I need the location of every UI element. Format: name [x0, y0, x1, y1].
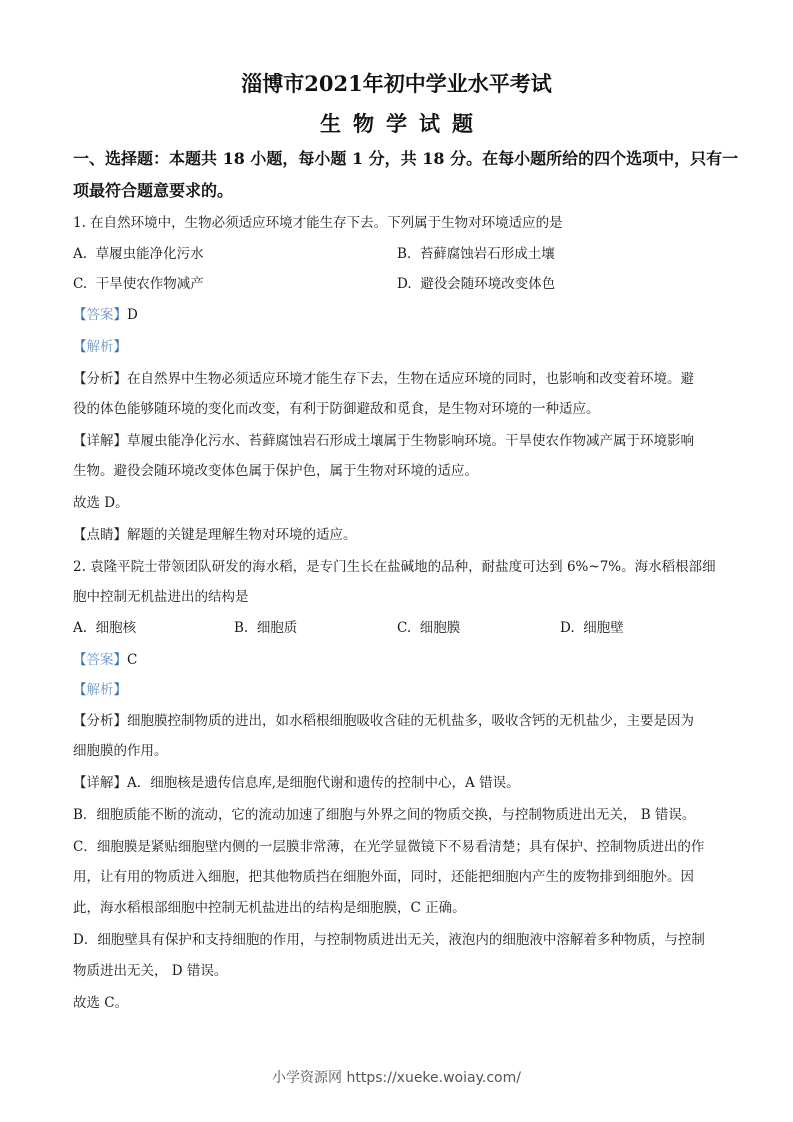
option-key: C. — [73, 276, 87, 292]
xiangjie-label: 【详解】 — [73, 433, 127, 449]
option-text: 细胞壁 — [583, 620, 624, 636]
analysis-label: 解析 — [87, 339, 114, 355]
fenxi-label: 【分析】 — [73, 713, 127, 729]
question-2-conclusion: 故选 C。 — [73, 993, 723, 1013]
question-1-option-d: D. 避役会随环境改变体色 — [397, 274, 555, 294]
question-2-stem-line-1: 2. 袁隆平院士带领团队研发的海水稻，是专门生长在盐碱地的品种，耐盐度可达到 6… — [73, 557, 723, 577]
question-2-fenxi-line-2: 细胞膜的作用。 — [73, 741, 723, 761]
analysis-label: 解析 — [87, 682, 114, 698]
question-2-xiangjie-line-6: D．细胞壁具有保护和支持细胞的作用，与控制物质进出无关，液泡内的细胞液中溶解着多… — [73, 930, 723, 950]
question-2-xiangjie-line-5: 此，海水稻根部细胞中控制无机盐进出的结构是细胞膜，C 正确。 — [73, 898, 723, 918]
option-text: 细胞膜 — [420, 620, 461, 636]
answer-label: 答案 — [87, 307, 114, 323]
question-1-dianjing: 【点睛】解题的关键是理解生物对环境的适应。 — [73, 525, 723, 545]
fenxi-label: 【分析】 — [73, 371, 127, 387]
footer-watermark: 小学资源网 https://xueke.woiay.com/ — [0, 1067, 793, 1087]
question-1-conclusion: 故选 D。 — [73, 493, 723, 513]
answer-value: D — [127, 307, 138, 323]
section-heading-line-1: 一、选择题：本题共 18 小题，每小题 1 分，共 18 分。在每小题所给的四个… — [73, 148, 723, 170]
option-key: C. — [397, 620, 411, 636]
question-1-xiangjie-line-2: 生物。避役会随环境改变体色属于保护色，属于生物对环境的适应。 — [73, 461, 723, 481]
answer-value: C — [127, 652, 137, 668]
question-1-analysis-label: 【解析】 — [73, 337, 723, 357]
option-text: 细胞核 — [96, 620, 137, 636]
question-2-answer: 【答案】C — [73, 650, 723, 670]
section-heading-line-2: 项最符合题意要求的。 — [73, 180, 723, 202]
question-1-xiangjie-line-1: 【详解】草履虫能净化污水、苔藓腐蚀岩石形成土壤属于生物影响环境。干旱使农作物减产… — [73, 431, 723, 451]
option-text: 苔藓腐蚀岩石形成土壤 — [420, 246, 555, 262]
question-2-option-c: C. 细胞膜 — [397, 618, 460, 638]
option-key: A. — [73, 620, 87, 636]
question-1-fenxi-line-1: 【分析】在自然界中生物必须适应环境才能生存下去，生物在适应环境的同时，也影响和改… — [73, 369, 723, 389]
option-text: 草履虫能净化污水 — [96, 246, 204, 262]
question-2-xiangjie-line-7: 物质进出无关， D 错误。 — [73, 961, 723, 981]
option-text: 避役会随环境改变体色 — [420, 276, 555, 292]
question-2-xiangjie-line-1: 【详解】A．细胞核是遗传信息库,是细胞代谢和遗传的控制中心，A 错误。 — [73, 773, 723, 793]
question-2-xiangjie-line-3: C．细胞膜是紧贴细胞壁内侧的一层膜非常薄，在光学显微镜下不易看清楚；具有保护、控… — [73, 837, 723, 857]
question-2-fenxi-line-1: 【分析】细胞膜控制物质的进出，如水稻根细胞吸收含硅的无机盐多，吸收含钙的无机盐少… — [73, 711, 723, 731]
question-2-xiangjie-line-4: 用，让有用的物质进入细胞，把其他物质挡在细胞外面，同时，还能把细胞内产生的废物排… — [73, 867, 723, 887]
question-1-fenxi-line-2: 役的体色能够随环境的变化而改变，有利于防御避敌和觅食，是生物对环境的一种适应。 — [73, 399, 723, 419]
option-key: A. — [73, 246, 87, 262]
option-key: D. — [397, 276, 412, 292]
question-1-option-a: A. 草履虫能净化污水 — [73, 244, 204, 264]
option-key: B. — [234, 620, 248, 636]
question-2-analysis-label: 【解析】 — [73, 680, 723, 700]
question-1-stem: 1. 在自然环境中，生物必须适应环境才能生存下去。下列属于生物对环境适应的是 — [73, 213, 723, 233]
option-key: D. — [560, 620, 575, 636]
question-2-option-a: A. 细胞核 — [73, 618, 136, 638]
question-2-option-b: B. 细胞质 — [234, 618, 297, 638]
option-key: B. — [397, 246, 411, 262]
answer-label: 答案 — [87, 652, 114, 668]
option-text: 干旱使农作物减产 — [96, 276, 204, 292]
question-1-answer: 【答案】D — [73, 305, 723, 325]
document-page: 淄博市2021年初中学业水平考试 生物学试题 一、选择题：本题共 18 小题，每… — [0, 0, 793, 1122]
question-1-option-c: C. 干旱使农作物减产 — [73, 274, 204, 294]
question-2-stem-line-2: 胞中控制无机盐进出的结构是 — [73, 587, 723, 607]
exam-subtitle: 生物学试题 — [0, 110, 793, 138]
exam-title: 淄博市2021年初中学业水平考试 — [0, 70, 793, 98]
option-text: 细胞质 — [257, 620, 298, 636]
dianjing-label: 【点睛】 — [73, 527, 127, 543]
question-2-option-d: D. 细胞壁 — [560, 618, 624, 638]
xiangjie-label: 【详解】 — [73, 775, 127, 791]
question-1-option-b: B. 苔藓腐蚀岩石形成土壤 — [397, 244, 555, 264]
question-2-xiangjie-line-2: B．细胞质能不断的流动，它的流动加速了细胞与外界之间的物质交换，与控制物质进出无… — [73, 805, 723, 825]
